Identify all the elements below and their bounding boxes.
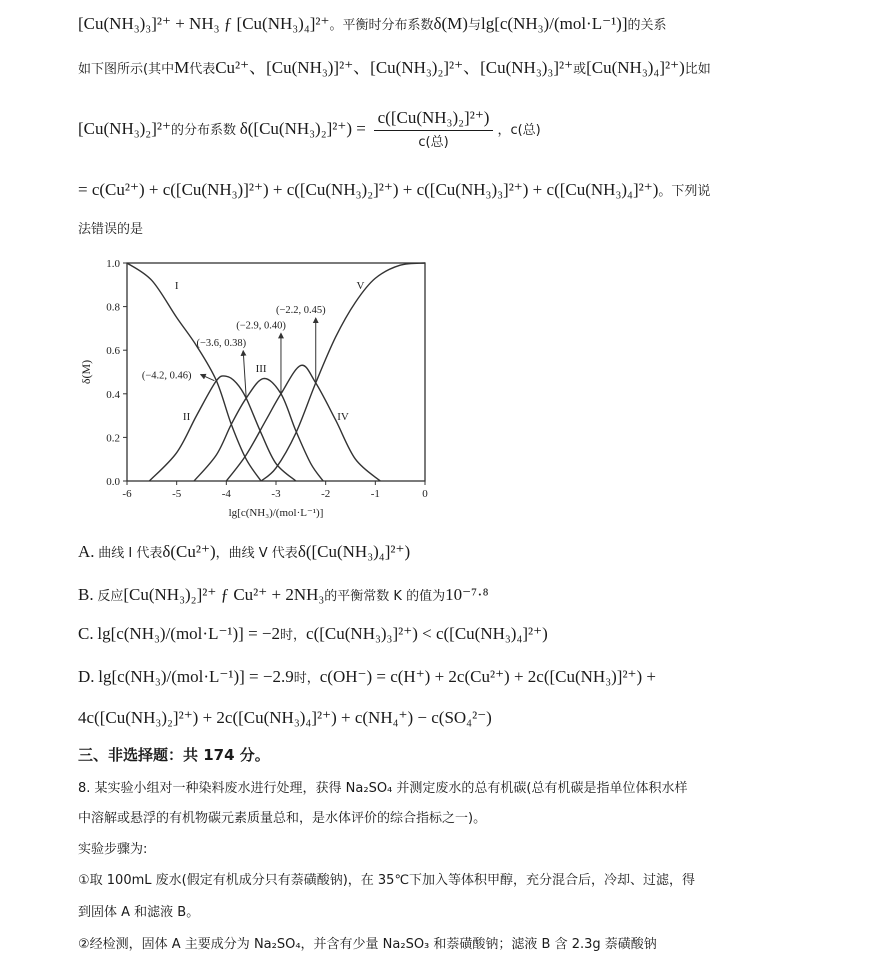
curve-V [261, 263, 425, 481]
option-a[interactable]: A. 曲线 I 代表δ(Cu²⁺)，曲线 V 代表δ([Cu(NH₃)₄]²⁺) [78, 542, 410, 564]
y-tick-label: 1.0 [106, 258, 120, 270]
x-tick-label: 0 [422, 488, 428, 500]
k-value: 10⁻⁷·⁸ [445, 585, 489, 604]
y-tick-label: 0.0 [106, 476, 120, 488]
option-d[interactable]: D. lg[c(NH₃)/(mol·L⁻¹)] = −2.9时，c(OH⁻) =… [78, 667, 656, 689]
q8-step-1: ①取 100mL 废水(假定有机成分只有萘磺酸钠)，在 35℃下加入等体积甲醇，… [78, 871, 695, 891]
q8-steps-label: 实验步骤为: [78, 840, 147, 860]
y-tick-label: 0.8 [106, 302, 120, 314]
fraction-denominator: c(总) [374, 131, 494, 153]
q7-line-2: 如下图所示(其中M代表Cu²⁺、[Cu(NH₃)]²⁺、[Cu(NH₃)₂]²⁺… [78, 58, 711, 80]
lg-expression: lg[c(NH₃)/(mol·L⁻¹)] [481, 14, 628, 33]
delta-definition: δ([Cu(NH₃)₂]²⁺) = [240, 119, 366, 138]
option-d-continued: 4c([Cu(NH₃)₂]²⁺) + 2c([Cu(NH₃)₄]²⁺) + c(… [78, 708, 492, 729]
section-heading: 三、非选择题：共 174 分。 [78, 745, 270, 765]
x-tick-label: -4 [222, 488, 232, 500]
point-annotation: (−4.2, 0.46) [142, 371, 192, 382]
x-tick-label: -1 [371, 488, 380, 500]
curve-label: III [256, 363, 267, 375]
curve-III [194, 378, 323, 481]
y-axis-label: δ(M) [79, 360, 93, 384]
annotation-arrow [243, 351, 246, 398]
annotation-arrow [201, 375, 215, 381]
x-tick-label: -6 [122, 488, 132, 500]
option-c[interactable]: C. lg[c(NH₃)/(mol·L⁻¹)] = −2时，c([Cu(NH₃)… [78, 624, 548, 646]
point-annotation: (−3.6, 0.38) [197, 338, 247, 349]
curve-label: II [183, 411, 191, 423]
curve-label: IV [337, 411, 349, 423]
distribution-chart: -6-5-4-3-2-100.00.20.40.60.81.0lg[c(NH₃)… [70, 250, 450, 525]
curve-label: I [175, 280, 179, 292]
q8-paragraph-2: 中溶解或悬浮的有机物碳元素质量总和，是水体评价的综合指标之一)。 [78, 809, 486, 829]
curve-II [149, 376, 296, 481]
x-tick-label: -2 [321, 488, 330, 500]
delta-m: δ(M) [434, 14, 468, 33]
species-list: Cu²⁺、[Cu(NH₃)]²⁺、[Cu(NH₃)₂]²⁺、[Cu(NH₃)₃]… [215, 58, 573, 77]
q7-line-5: 法错误的是 [78, 220, 143, 240]
x-tick-label: -3 [271, 488, 281, 500]
option-b[interactable]: B. 反应[Cu(NH₃)₂]²⁺ ƒ Cu²⁺ + 2NH₃的平衡常数 K 的… [78, 585, 489, 607]
point-annotation: (−2.2, 0.45) [276, 305, 326, 316]
total-concentration-expr: = c(Cu²⁺) + c([Cu(NH₃)]²⁺) + c([Cu(NH₃)₂… [78, 180, 658, 199]
q7-line-1: [Cu(NH₃)₃]²⁺ + NH₃ ƒ [Cu(NH₃)₄]²⁺。平衡时分布系… [78, 14, 667, 36]
q8-step-2: ②经检测，固体 A 主要成分为 Na₂SO₄，并含有少量 Na₂SO₃ 和萘磺酸… [78, 935, 657, 955]
fraction: c([Cu(NH₃)₂]²⁺) c(总) [374, 108, 494, 153]
y-tick-label: 0.6 [106, 345, 120, 357]
x-tick-label: -5 [172, 488, 182, 500]
y-tick-label: 0.2 [106, 432, 120, 444]
point-annotation: (−2.9, 0.40) [236, 320, 286, 331]
fraction-numerator: c([Cu(NH₃)₂]²⁺) [374, 108, 494, 131]
curve-label: V [356, 280, 364, 292]
q8-paragraph-1: 8. 某实验小组对一种染料废水进行处理，获得 Na₂SO₄ 并测定废水的总有机碳… [78, 779, 687, 799]
q7-line-3: [Cu(NH₃)₂]²⁺的分布系数 δ([Cu(NH₃)₂]²⁺) = c([C… [78, 108, 541, 153]
equilibrium-equation: [Cu(NH₃)₃]²⁺ + NH₃ ƒ [Cu(NH₃)₄]²⁺ [78, 14, 330, 33]
y-tick-label: 0.4 [106, 389, 120, 401]
q7-line-4: = c(Cu²⁺) + c([Cu(NH₃)]²⁺) + c([Cu(NH₃)₂… [78, 180, 710, 202]
x-axis-label: lg[c(NH₃)/(mol·L⁻¹)] [229, 507, 324, 519]
q8-step-1-continued: 到固体 A 和滤液 B。 [78, 903, 199, 923]
